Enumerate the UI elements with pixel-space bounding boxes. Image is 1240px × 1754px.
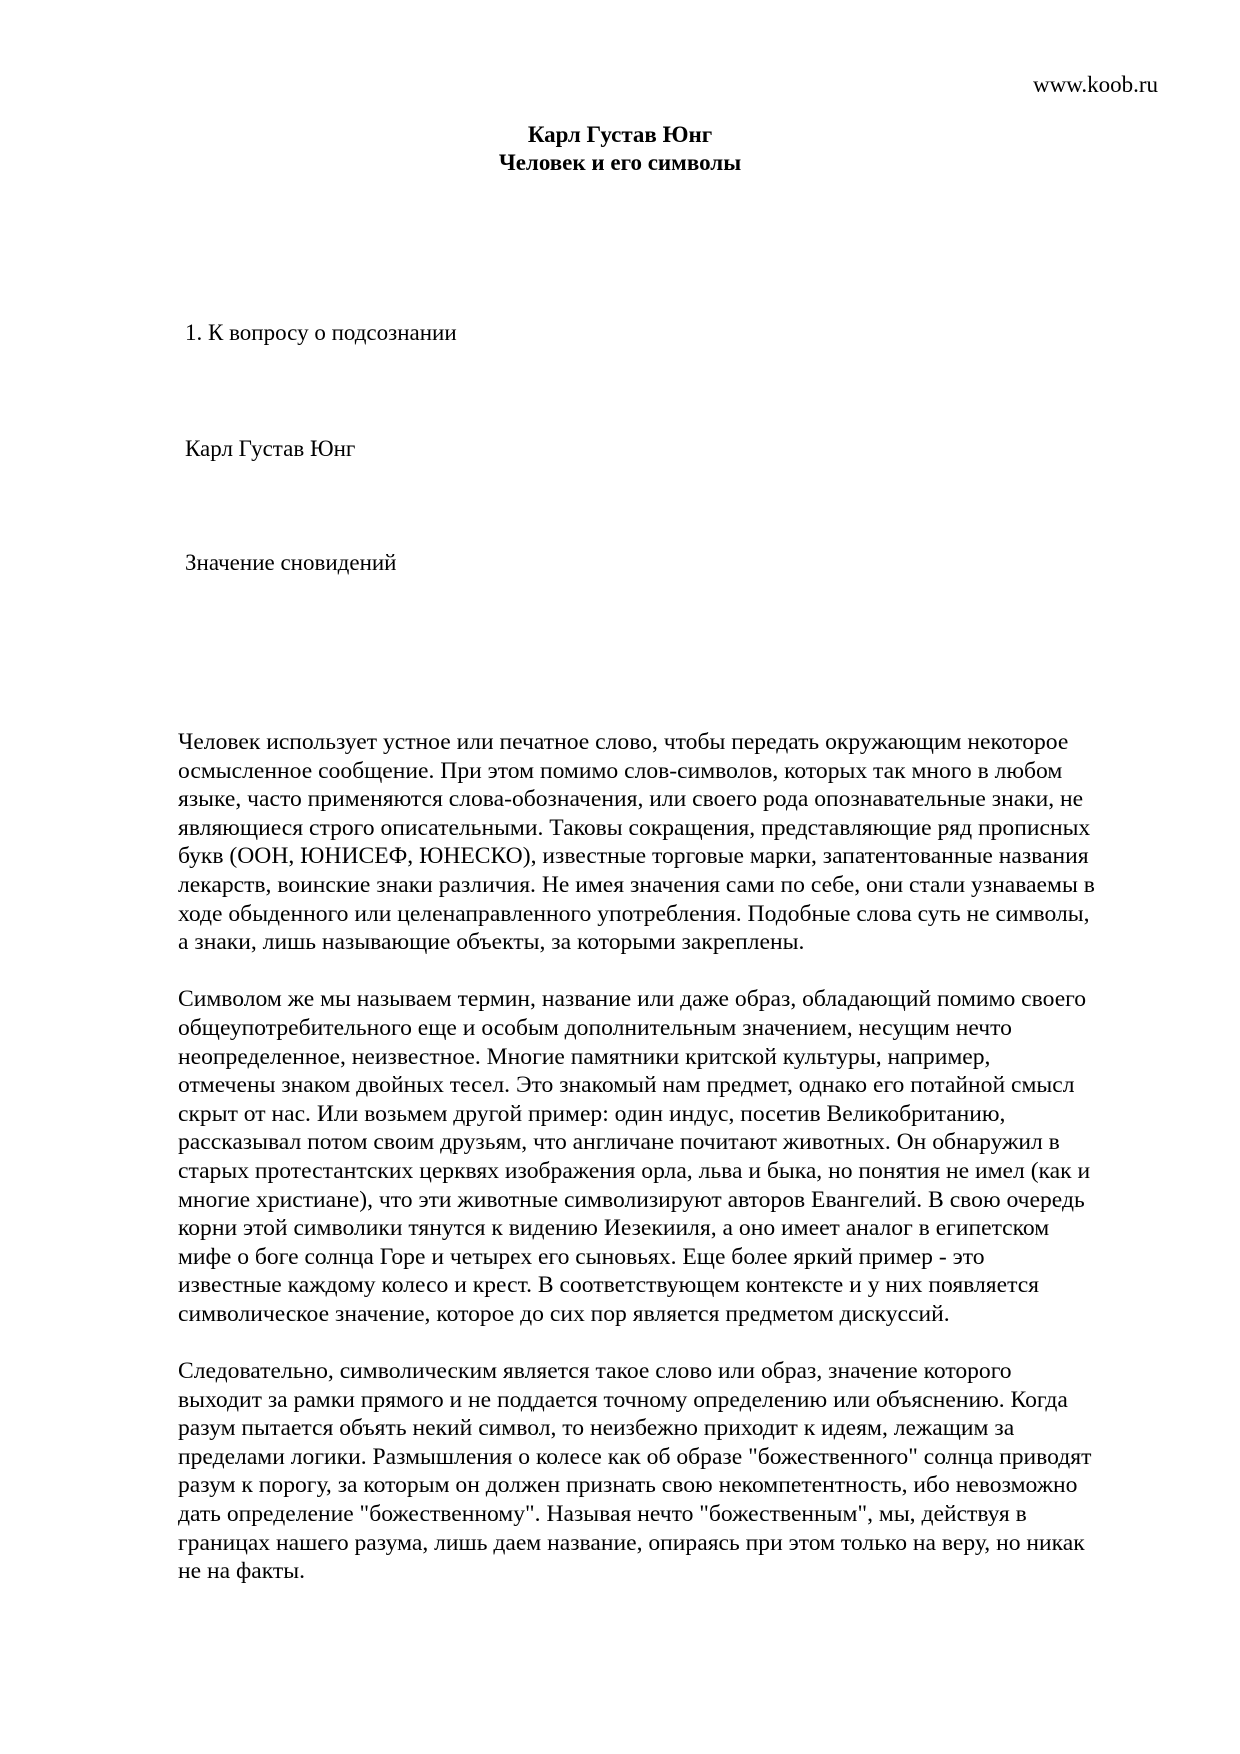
- paragraph-line: выходит за рамки прямого и не поддается …: [178, 1386, 1168, 1415]
- paragraph-line: неопределенное, неизвестное. Многие памя…: [178, 1043, 1168, 1072]
- paragraph-line: известные каждому колесо и крест. В соот…: [178, 1271, 1168, 1300]
- paragraph-line: скрыт от нас. Или возьмем другой пример:…: [178, 1100, 1168, 1129]
- paragraph-line: Символом же мы называем термин, название…: [178, 985, 1168, 1014]
- document-author-title: Карл Густав Юнг: [0, 122, 1240, 148]
- paragraph: Символом же мы называем термин, название…: [178, 985, 1168, 1328]
- paragraph-line: рассказывал потом своим друзьям, что анг…: [178, 1128, 1168, 1157]
- paragraph-line: Человек использует устное или печатное с…: [178, 728, 1168, 757]
- chapter-heading: 1. К вопросу о подсознании: [185, 320, 457, 346]
- paragraph-line: старых протестантских церквях изображени…: [178, 1157, 1168, 1186]
- paragraph-line: разум к порогу, за которым он должен при…: [178, 1471, 1168, 1500]
- paragraph-line: дать определение "божественному". Называ…: [178, 1500, 1168, 1529]
- paragraph-line: корни этой символики тянутся к видению И…: [178, 1214, 1168, 1243]
- section-heading: Значение сновидений: [185, 550, 397, 576]
- paragraph-line: многие христиане), что эти животные симв…: [178, 1186, 1168, 1215]
- paragraph-line: Следовательно, символическим является та…: [178, 1357, 1168, 1386]
- paragraph: Следовательно, символическим является та…: [178, 1357, 1168, 1586]
- paragraph-line: границах нашего разума, лишь даем назван…: [178, 1529, 1168, 1558]
- paragraph-line: осмысленное сообщение. При этом помимо с…: [178, 757, 1168, 786]
- paragraph-line: не на факты.: [178, 1557, 1168, 1586]
- paragraph-line: букв (ООН, ЮНИСЕФ, ЮНЕСКО), известные то…: [178, 842, 1168, 871]
- paragraph-line: отмечены знаком двойных тесел. Это знако…: [178, 1071, 1168, 1100]
- paragraph-line: а знаки, лишь называющие объекты, за кот…: [178, 928, 1168, 957]
- paragraph-line: символическое значение, которое до сих п…: [178, 1300, 1168, 1329]
- paragraph-line: общеупотребительного еще и особым дополн…: [178, 1014, 1168, 1043]
- document-book-title: Человек и его символы: [0, 150, 1240, 176]
- paragraph-line: разум пытается объять некий символ, то н…: [178, 1414, 1168, 1443]
- paragraph-line: пределами логики. Размышления о колесе к…: [178, 1443, 1168, 1472]
- site-url: www.koob.ru: [1033, 72, 1158, 98]
- paragraph-line: являющиеся строго описательными. Таковы …: [178, 814, 1168, 843]
- paragraph-line: ходе обыденного или целенаправленного уп…: [178, 900, 1168, 929]
- paragraph: Человек использует устное или печатное с…: [178, 728, 1168, 957]
- author-heading: Карл Густав Юнг: [185, 436, 355, 462]
- paragraph-line: языке, часто применяются слова-обозначен…: [178, 785, 1168, 814]
- paragraph-line: лекарств, воинские знаки различия. Не им…: [178, 871, 1168, 900]
- body-text: Человек использует устное или печатное с…: [178, 728, 1168, 1614]
- paragraph-line: мифе о боге солнца Горе и четырех его сы…: [178, 1243, 1168, 1272]
